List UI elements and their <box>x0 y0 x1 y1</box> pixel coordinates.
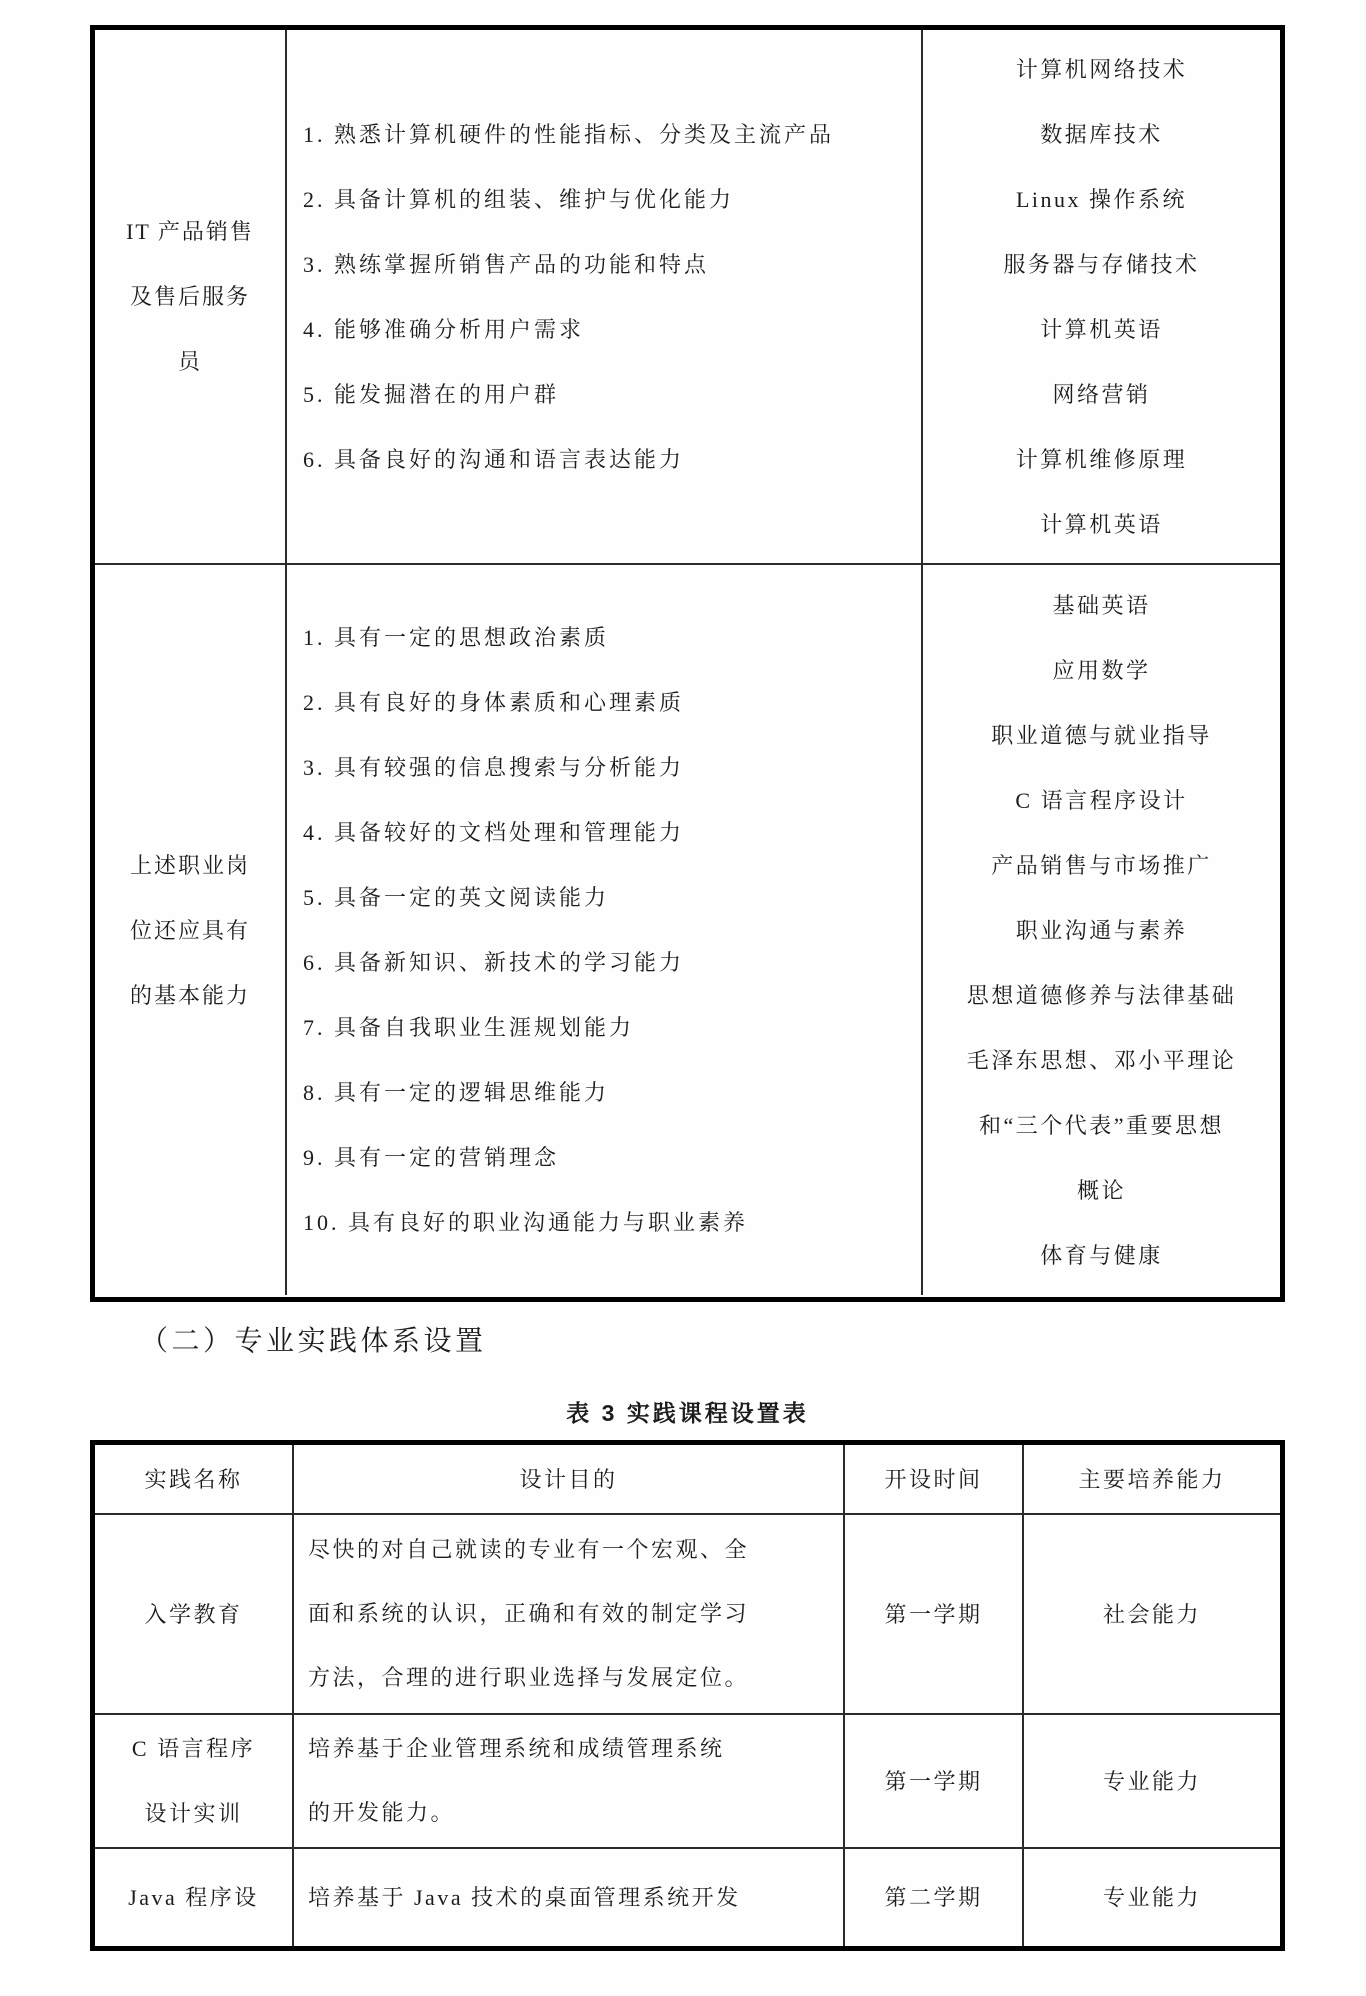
ability-line: 4. 能够准确分析用户需求 <box>303 297 584 362</box>
design-purpose-cell: 培养基于 Java 技术的桌面管理系统开发 <box>294 1849 845 1946</box>
table-row-c-training: C 语言程序 设计实训 培养基于企业管理系统和成绩管理系统 的开发能力。 第一学… <box>95 1715 1280 1849</box>
course-line: 计算机维修原理 <box>1016 427 1188 492</box>
practice-name-cell: C 语言程序 设计实训 <box>95 1715 294 1849</box>
ability-line: 1. 熟悉计算机硬件的性能指标、分类及主流产品 <box>303 102 834 167</box>
course-line: 计算机网络技术 <box>1016 37 1188 102</box>
course-line: 数据库技术 <box>1040 102 1163 167</box>
document-page: IT 产品销售 及售后服务 员 1. 熟悉计算机硬件的性能指标、分类及主流产品2… <box>0 0 1366 1996</box>
ability-line: 5. 具备一定的英文阅读能力 <box>303 865 609 930</box>
course-line: 计算机英语 <box>1040 492 1163 557</box>
abilities-cell: 1. 具有一定的思想政治素质2. 具有良好的身体素质和心理素质3. 具有较强的信… <box>287 565 923 1295</box>
ability-line: 4. 具备较好的文档处理和管理能力 <box>303 800 684 865</box>
section-heading: （二）专业实践体系设置 <box>140 1322 487 1362</box>
main-ability-cell: 社会能力 <box>1024 1515 1280 1715</box>
main-ability-cell: 专业能力 <box>1024 1715 1280 1849</box>
ability-line: 3. 具有较强的信息搜索与分析能力 <box>303 735 684 800</box>
main-ability-cell: 专业能力 <box>1024 1849 1280 1946</box>
start-time-cell: 第一学期 <box>845 1715 1024 1849</box>
course-line: 网络营销 <box>1052 362 1150 427</box>
table-caption: 表 3 实践课程设置表 <box>90 1396 1285 1430</box>
ability-line: 6. 具备新知识、新技术的学习能力 <box>303 930 684 995</box>
courses-cell: 基础英语应用数学职业道德与就业指导C 语言程序设计产品销售与市场推广职业沟通与素… <box>923 565 1280 1295</box>
courses-cell: 计算机网络技术数据库技术Linux 操作系统服务器与存储技术计算机英语网络营销计… <box>923 30 1280 565</box>
course-line: 思想道德修养与法律基础 <box>967 963 1237 1028</box>
design-purpose-cell: 培养基于企业管理系统和成绩管理系统 的开发能力。 <box>294 1715 845 1849</box>
table-header-row: 实践名称 设计目的 开设时间 主要培养能力 <box>95 1445 1280 1515</box>
course-line: 基础英语 <box>1052 573 1150 638</box>
table-row-java-training: Java 程序设 培养基于 Java 技术的桌面管理系统开发 第二学期 专业能力 <box>95 1849 1280 1946</box>
ability-line: 9. 具有一定的营销理念 <box>303 1125 559 1190</box>
jobs-abilities-courses-table: IT 产品销售 及售后服务 员 1. 熟悉计算机硬件的性能指标、分类及主流产品2… <box>90 25 1285 1302</box>
ability-line: 2. 具备计算机的组装、维护与优化能力 <box>303 167 734 232</box>
course-line: 毛泽东思想、邓小平理论 和“三个代表”重要思想 概论 <box>967 1028 1237 1223</box>
course-line: C 语言程序设计 <box>1015 768 1187 833</box>
table-row-enrollment-education: 入学教育 尽快的对自己就读的专业有一个宏观、全 面和系统的认识，正确和有效的制定… <box>95 1515 1280 1715</box>
job-position-cell: 上述职业岗 位还应具有 的基本能力 <box>95 565 287 1295</box>
course-line: 应用数学 <box>1052 638 1150 703</box>
ability-line: 2. 具有良好的身体素质和心理素质 <box>303 670 684 735</box>
course-line: 职业道德与就业指导 <box>991 703 1212 768</box>
practice-name-cell: Java 程序设 <box>95 1849 294 1946</box>
start-time-cell: 第一学期 <box>845 1515 1024 1715</box>
course-line: Linux 操作系统 <box>1016 167 1187 232</box>
ability-line: 1. 具有一定的思想政治素质 <box>303 605 609 670</box>
header-design-purpose: 设计目的 <box>294 1445 845 1515</box>
course-line: 服务器与存储技术 <box>1003 232 1199 297</box>
ability-line: 10. 具有良好的职业沟通能力与职业素养 <box>303 1190 748 1255</box>
practice-name-cell: 入学教育 <box>95 1515 294 1715</box>
ability-line: 8. 具有一定的逻辑思维能力 <box>303 1060 609 1125</box>
course-line: 体育与健康 <box>1040 1223 1163 1288</box>
header-main-ability: 主要培养能力 <box>1024 1445 1280 1515</box>
header-practice-name: 实践名称 <box>95 1445 294 1515</box>
ability-line: 5. 能发掘潜在的用户群 <box>303 362 559 427</box>
ability-line: 7. 具备自我职业生涯规划能力 <box>303 995 634 1060</box>
practice-courses-table: 实践名称 设计目的 开设时间 主要培养能力 入学教育 尽快的对自己就读的专业有一… <box>90 1440 1285 1951</box>
course-line: 计算机英语 <box>1040 297 1163 362</box>
ability-line: 3. 熟练掌握所销售产品的功能和特点 <box>303 232 709 297</box>
course-line: 职业沟通与素养 <box>1016 898 1188 963</box>
start-time-cell: 第二学期 <box>845 1849 1024 1946</box>
course-line: 产品销售与市场推广 <box>991 833 1212 898</box>
abilities-cell: 1. 熟悉计算机硬件的性能指标、分类及主流产品2. 具备计算机的组装、维护与优化… <box>287 30 923 565</box>
job-position-cell: IT 产品销售 及售后服务 员 <box>95 30 287 565</box>
table-row-basic-abilities: 上述职业岗 位还应具有 的基本能力 1. 具有一定的思想政治素质2. 具有良好的… <box>95 565 1280 1295</box>
ability-line: 6. 具备良好的沟通和语言表达能力 <box>303 427 684 492</box>
header-start-time: 开设时间 <box>845 1445 1024 1515</box>
table-row-it-sales: IT 产品销售 及售后服务 员 1. 熟悉计算机硬件的性能指标、分类及主流产品2… <box>95 30 1280 565</box>
design-purpose-cell: 尽快的对自己就读的专业有一个宏观、全 面和系统的认识，正确和有效的制定学习 方法… <box>294 1515 845 1715</box>
